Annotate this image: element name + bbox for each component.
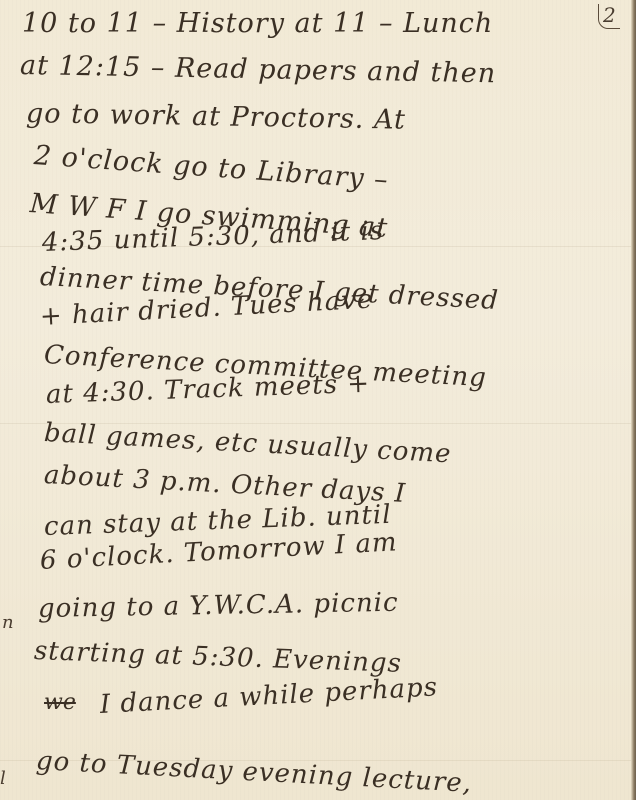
handwritten-line-3: go to work at Proctors. At [26, 98, 406, 136]
handwritten-line-15: going to a Y.W.C.A. picnic [38, 588, 399, 624]
margin-mark: n [2, 612, 14, 633]
struck-out-word: we [44, 690, 76, 715]
page-edge [631, 0, 636, 800]
handwritten-line-17: I dance a while perhaps [99, 672, 438, 720]
handwritten-line-2: at 12:15 – Read papers and then [20, 50, 497, 89]
handwritten-line-16: starting at 5:30. Evenings [33, 636, 402, 679]
handwritten-line-4: 2 o'clock go to Library – [33, 140, 390, 196]
margin-mark: l [0, 768, 6, 789]
handwritten-line-11: ball games, etc usually come [43, 418, 452, 469]
handwritten-line-18: go to Tuesday evening lecture, [35, 746, 473, 799]
handwritten-line-1: 10 to 11 – History at 11 – Lunch [22, 8, 493, 39]
letter-page: 2 10 to 11 – History at 11 – Lunch at 12… [0, 0, 636, 800]
handwritten-line-10: at 4:30. Track meets + [45, 369, 370, 410]
page-number: 2 [598, 4, 620, 29]
